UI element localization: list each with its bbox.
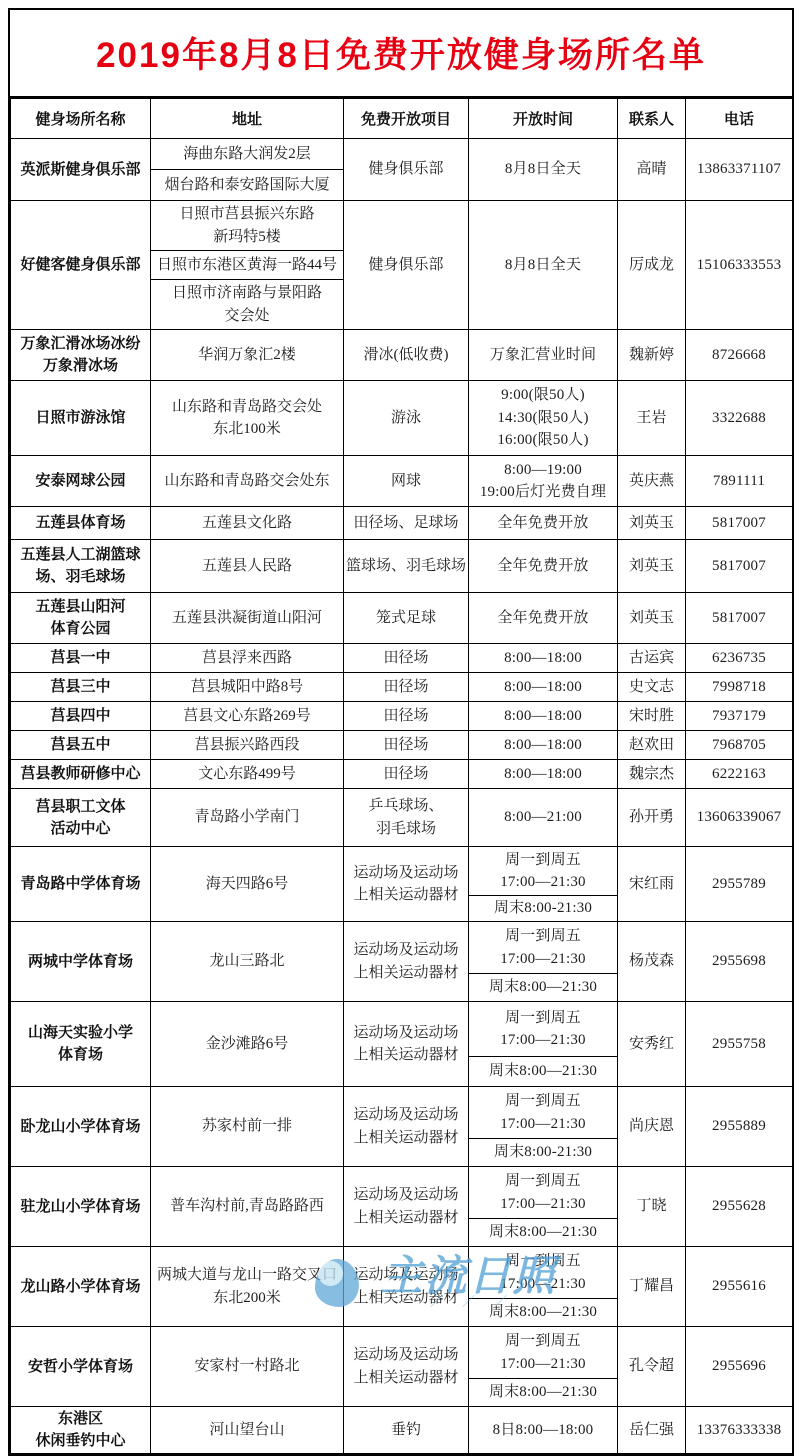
address-cell: 日照市莒县振兴东路 新玛特5楼 — [151, 201, 344, 251]
venue-name-cell: 英派斯健身俱乐部 — [11, 139, 151, 201]
items-cell: 田径场 — [344, 644, 469, 673]
contact-cell: 赵欢田 — [618, 731, 686, 760]
table-row: 好健客健身俱乐部日照市莒县振兴东路 新玛特5楼健身俱乐部8月8日全天厉成龙151… — [11, 201, 793, 251]
venue-name-cell: 山海天实验小学 体育场 — [11, 1002, 151, 1087]
time-weekday-cell: 周一到周五 17:00—21:30 — [469, 847, 618, 896]
address-cell: 山东路和青岛路交会处 东北100米 — [151, 381, 344, 456]
contact-cell: 刘英玉 — [618, 540, 686, 593]
contact-cell: 孙开勇 — [618, 789, 686, 847]
contact-cell: 厉成龙 — [618, 201, 686, 330]
table-row: 日照市游泳馆山东路和青岛路交会处 东北100米游泳9:00(限50人) 14:3… — [11, 381, 793, 456]
phone-cell: 2955758 — [686, 1002, 793, 1087]
time-weekend-cell: 周末8:00—21:30 — [469, 974, 618, 1002]
phone-cell: 13376333338 — [686, 1407, 793, 1454]
notice-sheet: 2019年8月8日免费开放健身场所名单 健身场所名称地址免费开放项目开放时间联系… — [8, 8, 794, 1456]
table-row: 卧龙山小学体育场苏家村前一排运动场及运动场 上相关运动器材周一到周五 17:00… — [11, 1087, 793, 1139]
items-cell: 运动场及运动场 上相关运动器材 — [344, 1087, 469, 1167]
address-cell: 日照市东港区黄海一路44号 — [151, 251, 344, 280]
phone-cell: 6222163 — [686, 760, 793, 789]
items-cell: 笼式足球 — [344, 593, 469, 644]
time-weekday-cell: 周一到周五 17:00—21:30 — [469, 922, 618, 974]
table-row: 莒县三中莒县城阳中路8号田径场8:00—18:00史文志7998718 — [11, 673, 793, 702]
venue-name-cell: 五莲县体育场 — [11, 507, 151, 540]
column-header-3: 开放时间 — [469, 99, 618, 139]
venue-name-cell: 莒县职工文体 活动中心 — [11, 789, 151, 847]
items-cell: 田径场 — [344, 760, 469, 789]
table-row: 莒县一中莒县浮来西路田径场8:00—18:00古运宾6236735 — [11, 644, 793, 673]
phone-cell: 2955698 — [686, 922, 793, 1002]
table-row: 驻龙山小学体育场普车沟村前,青岛路路西运动场及运动场 上相关运动器材周一到周五 … — [11, 1167, 793, 1219]
address-cell: 青岛路小学南门 — [151, 789, 344, 847]
items-cell: 篮球场、羽毛球场 — [344, 540, 469, 593]
contact-cell: 岳仁强 — [618, 1407, 686, 1454]
table-row: 莒县五中莒县振兴路西段田径场8:00—18:00赵欢田7968705 — [11, 731, 793, 760]
table-row: 安哲小学体育场安家村一村路北运动场及运动场 上相关运动器材周一到周五 17:00… — [11, 1327, 793, 1379]
time-weekend-cell: 周末8:00—21:30 — [469, 1299, 618, 1327]
venue-name-cell: 五莲县山阳河 体育公园 — [11, 593, 151, 644]
phone-cell: 3322688 — [686, 381, 793, 456]
address-cell: 莒县振兴路西段 — [151, 731, 344, 760]
venue-name-cell: 日照市游泳馆 — [11, 381, 151, 456]
table-row: 五莲县山阳河 体育公园五莲县洪凝街道山阳河笼式足球全年免费开放刘英玉581700… — [11, 593, 793, 644]
items-cell: 田径场、足球场 — [344, 507, 469, 540]
address-cell: 烟台路和泰安路国际大厦 — [151, 170, 344, 201]
address-cell: 安家村一村路北 — [151, 1327, 344, 1407]
address-cell: 五莲县人民路 — [151, 540, 344, 593]
items-cell: 网球 — [344, 456, 469, 507]
contact-cell: 魏宗杰 — [618, 760, 686, 789]
contact-cell: 丁晓 — [618, 1167, 686, 1247]
address-cell: 日照市济南路与景阳路 交会处 — [151, 280, 344, 330]
contact-cell: 刘英玉 — [618, 593, 686, 644]
address-cell: 普车沟村前,青岛路路西 — [151, 1167, 344, 1247]
venue-name-cell: 两城中学体育场 — [11, 922, 151, 1002]
table-row: 万象汇滑冰场冰纷 万象滑冰场华润万象汇2楼滑冰(低收费)万象汇营业时间魏新婷87… — [11, 330, 793, 381]
table-row: 龙山路小学体育场两城大道与龙山一路交叉口 东北200米运动场及运动场 上相关运动… — [11, 1247, 793, 1299]
items-cell: 运动场及运动场 上相关运动器材 — [344, 1002, 469, 1087]
time-weekend-cell: 周末8:00—21:30 — [469, 1057, 618, 1087]
items-cell: 田径场 — [344, 731, 469, 760]
items-cell: 田径场 — [344, 673, 469, 702]
time-weekend-cell: 周末8:00—21:30 — [469, 1219, 618, 1247]
time-weekday-cell: 周一到周五 17:00—21:30 — [469, 1167, 618, 1219]
venue-name-cell: 东港区 休闲垂钓中心 — [11, 1407, 151, 1454]
address-cell: 金沙滩路6号 — [151, 1002, 344, 1087]
time-cell: 8:00—18:00 — [469, 644, 618, 673]
column-header-5: 电话 — [686, 99, 793, 139]
phone-cell: 15106333553 — [686, 201, 793, 330]
page-title: 2019年8月8日免费开放健身场所名单 — [10, 10, 792, 98]
phone-cell: 2955696 — [686, 1327, 793, 1407]
address-cell: 五莲县文化路 — [151, 507, 344, 540]
phone-cell: 7998718 — [686, 673, 793, 702]
table-row: 山海天实验小学 体育场金沙滩路6号运动场及运动场 上相关运动器材周一到周五 17… — [11, 1002, 793, 1057]
address-cell: 莒县浮来西路 — [151, 644, 344, 673]
address-cell: 龙山三路北 — [151, 922, 344, 1002]
time-cell: 8:00—18:00 — [469, 731, 618, 760]
contact-cell: 魏新婷 — [618, 330, 686, 381]
venue-name-cell: 龙山路小学体育场 — [11, 1247, 151, 1327]
table-row: 英派斯健身俱乐部海曲东路大润发2层健身俱乐部8月8日全天高晴1386337110… — [11, 139, 793, 170]
time-weekend-cell: 周末8:00—21:30 — [469, 1379, 618, 1407]
items-cell: 运动场及运动场 上相关运动器材 — [344, 1167, 469, 1247]
time-weekend-cell: 周末8:00-21:30 — [469, 1139, 618, 1167]
phone-cell: 2955616 — [686, 1247, 793, 1327]
contact-cell: 安秀红 — [618, 1002, 686, 1087]
venue-name-cell: 莒县四中 — [11, 702, 151, 731]
table-row: 莒县教师研修中心文心东路499号田径场8:00—18:00魏宗杰6222163 — [11, 760, 793, 789]
table-row: 两城中学体育场龙山三路北运动场及运动场 上相关运动器材周一到周五 17:00—2… — [11, 922, 793, 974]
phone-cell: 13863371107 — [686, 139, 793, 201]
contact-cell: 杨茂森 — [618, 922, 686, 1002]
address-cell: 山东路和青岛路交会处东 — [151, 456, 344, 507]
venue-name-cell: 驻龙山小学体育场 — [11, 1167, 151, 1247]
table-row: 五莲县体育场五莲县文化路田径场、足球场全年免费开放刘英玉5817007 — [11, 507, 793, 540]
contact-cell: 王岩 — [618, 381, 686, 456]
phone-cell: 5817007 — [686, 593, 793, 644]
address-cell: 两城大道与龙山一路交叉口 东北200米 — [151, 1247, 344, 1327]
venue-name-cell: 莒县五中 — [11, 731, 151, 760]
phone-cell: 2955789 — [686, 847, 793, 922]
items-cell: 运动场及运动场 上相关运动器材 — [344, 847, 469, 922]
phone-cell: 2955889 — [686, 1087, 793, 1167]
time-weekday-cell: 周一到周五 17:00—21:30 — [469, 1087, 618, 1139]
contact-cell: 古运宾 — [618, 644, 686, 673]
column-header-2: 免费开放项目 — [344, 99, 469, 139]
items-cell: 乒乓球场、 羽毛球场 — [344, 789, 469, 847]
contact-cell: 孔令超 — [618, 1327, 686, 1407]
table-row: 五莲县人工湖篮球 场、羽毛球场五莲县人民路篮球场、羽毛球场全年免费开放刘英玉58… — [11, 540, 793, 593]
table-header: 健身场所名称地址免费开放项目开放时间联系人电话 — [11, 99, 793, 139]
address-cell: 五莲县洪凝街道山阳河 — [151, 593, 344, 644]
contact-cell: 丁耀昌 — [618, 1247, 686, 1327]
venue-name-cell: 安哲小学体育场 — [11, 1327, 151, 1407]
address-cell: 海曲东路大润发2层 — [151, 139, 344, 170]
address-cell: 苏家村前一排 — [151, 1087, 344, 1167]
items-cell: 游泳 — [344, 381, 469, 456]
items-cell: 健身俱乐部 — [344, 201, 469, 330]
time-cell: 万象汇营业时间 — [469, 330, 618, 381]
phone-cell: 7891111 — [686, 456, 793, 507]
table-row: 安泰网球公园山东路和青岛路交会处东网球8:00—19:00 19:00后灯光费自… — [11, 456, 793, 507]
column-header-1: 地址 — [151, 99, 344, 139]
time-cell: 8日8:00—18:00 — [469, 1407, 618, 1454]
time-cell: 全年免费开放 — [469, 507, 618, 540]
phone-cell: 7937179 — [686, 702, 793, 731]
time-cell: 8:00—21:00 — [469, 789, 618, 847]
items-cell: 垂钓 — [344, 1407, 469, 1454]
phone-cell: 6236735 — [686, 644, 793, 673]
address-cell: 莒县文心东路269号 — [151, 702, 344, 731]
address-cell: 河山望台山 — [151, 1407, 344, 1454]
time-weekend-cell: 周末8:00-21:30 — [469, 896, 618, 922]
table-row: 莒县四中莒县文心东路269号田径场8:00—18:00宋时胜7937179 — [11, 702, 793, 731]
time-cell: 全年免费开放 — [469, 593, 618, 644]
venue-name-cell: 卧龙山小学体育场 — [11, 1087, 151, 1167]
venues-table: 健身场所名称地址免费开放项目开放时间联系人电话 英派斯健身俱乐部海曲东路大润发2… — [10, 98, 793, 1454]
table-row: 青岛路中学体育场海天四路6号运动场及运动场 上相关运动器材周一到周五 17:00… — [11, 847, 793, 896]
column-header-4: 联系人 — [618, 99, 686, 139]
time-cell: 8:00—18:00 — [469, 702, 618, 731]
time-cell: 全年免费开放 — [469, 540, 618, 593]
time-cell: 8月8日全天 — [469, 201, 618, 330]
address-cell: 华润万象汇2楼 — [151, 330, 344, 381]
items-cell: 运动场及运动场 上相关运动器材 — [344, 922, 469, 1002]
time-cell: 8:00—19:00 19:00后灯光费自理 — [469, 456, 618, 507]
venue-name-cell: 莒县三中 — [11, 673, 151, 702]
contact-cell: 尚庆恩 — [618, 1087, 686, 1167]
venue-name-cell: 好健客健身俱乐部 — [11, 201, 151, 330]
contact-cell: 英庆燕 — [618, 456, 686, 507]
time-weekday-cell: 周一到周五 17:00—21:30 — [469, 1002, 618, 1057]
contact-cell: 史文志 — [618, 673, 686, 702]
venue-name-cell: 五莲县人工湖篮球 场、羽毛球场 — [11, 540, 151, 593]
items-cell: 滑冰(低收费) — [344, 330, 469, 381]
phone-cell: 2955628 — [686, 1167, 793, 1247]
contact-cell: 宋红雨 — [618, 847, 686, 922]
phone-cell: 5817007 — [686, 540, 793, 593]
venue-name-cell: 莒县教师研修中心 — [11, 760, 151, 789]
venue-name-cell: 万象汇滑冰场冰纷 万象滑冰场 — [11, 330, 151, 381]
time-cell: 8:00—18:00 — [469, 760, 618, 789]
venue-name-cell: 安泰网球公园 — [11, 456, 151, 507]
items-cell: 运动场及运动场 上相关运动器材 — [344, 1247, 469, 1327]
address-cell: 海天四路6号 — [151, 847, 344, 922]
venue-name-cell: 青岛路中学体育场 — [11, 847, 151, 922]
time-cell: 8:00—18:00 — [469, 673, 618, 702]
phone-cell: 8726668 — [686, 330, 793, 381]
contact-cell: 高晴 — [618, 139, 686, 201]
venue-name-cell: 莒县一中 — [11, 644, 151, 673]
phone-cell: 7968705 — [686, 731, 793, 760]
phone-cell: 13606339067 — [686, 789, 793, 847]
items-cell: 田径场 — [344, 702, 469, 731]
table-row: 莒县职工文体 活动中心青岛路小学南门乒乓球场、 羽毛球场8:00—21:00孙开… — [11, 789, 793, 847]
column-header-0: 健身场所名称 — [11, 99, 151, 139]
phone-cell: 5817007 — [686, 507, 793, 540]
time-cell: 9:00(限50人) 14:30(限50人) 16:00(限50人) — [469, 381, 618, 456]
table-row: 东港区 休闲垂钓中心河山望台山垂钓8日8:00—18:00岳仁强13376333… — [11, 1407, 793, 1454]
items-cell: 健身俱乐部 — [344, 139, 469, 201]
time-weekday-cell: 周一到周五 17:00—21:30 — [469, 1327, 618, 1379]
time-weekday-cell: 周一到周五 17:00—21:30 — [469, 1247, 618, 1299]
contact-cell: 宋时胜 — [618, 702, 686, 731]
items-cell: 运动场及运动场 上相关运动器材 — [344, 1327, 469, 1407]
contact-cell: 刘英玉 — [618, 507, 686, 540]
address-cell: 莒县城阳中路8号 — [151, 673, 344, 702]
address-cell: 文心东路499号 — [151, 760, 344, 789]
time-cell: 8月8日全天 — [469, 139, 618, 201]
